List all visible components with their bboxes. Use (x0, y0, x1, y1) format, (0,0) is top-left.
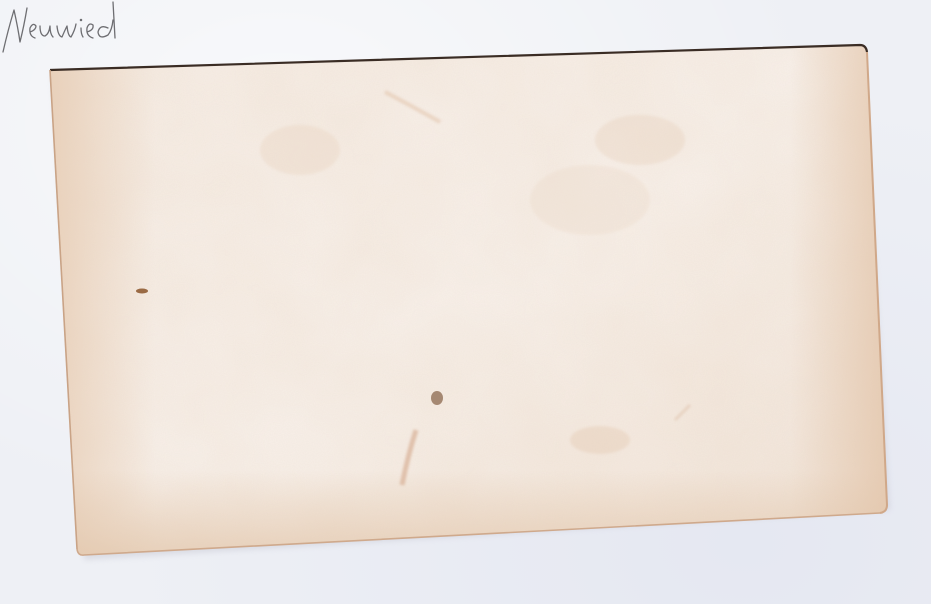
handwritten-inscription (0, 0, 180, 58)
card-drawing (0, 0, 931, 604)
foxing-spot (431, 391, 443, 405)
antique-card: Neuwied (0, 0, 931, 604)
left-edge-mark (136, 289, 148, 294)
